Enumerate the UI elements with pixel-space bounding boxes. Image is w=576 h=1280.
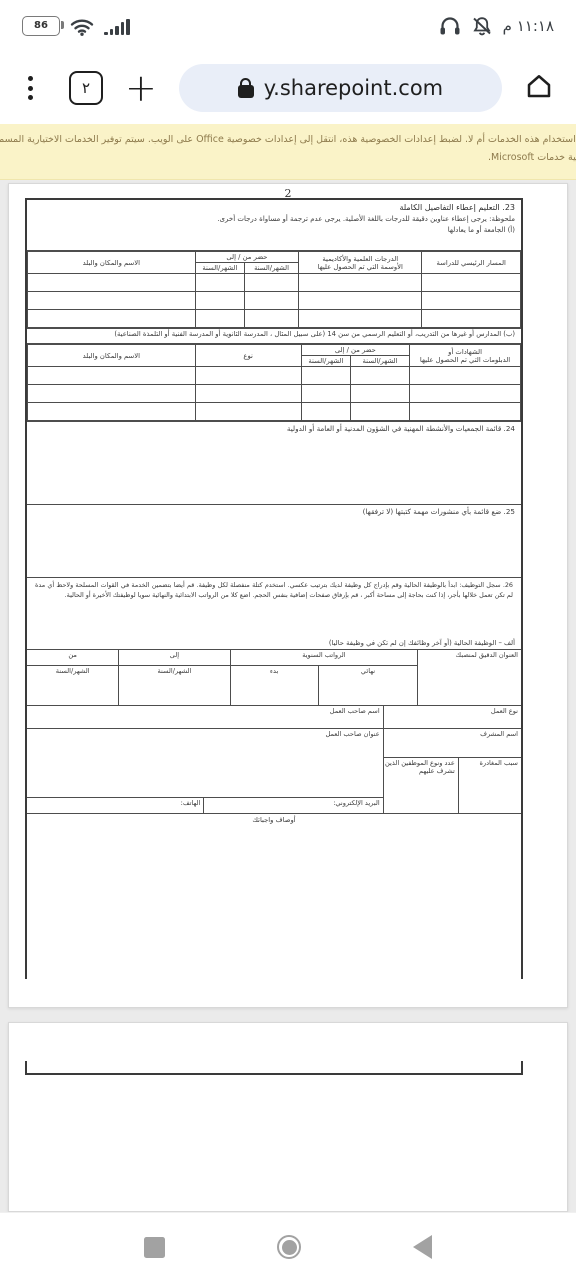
- education-university-table: المسار الرئيسي للدراسة الدرجات العلمية و…: [27, 250, 521, 328]
- tab-count: ٢: [82, 81, 90, 96]
- section-24-memberships[interactable]: 24. قائمة الجمعيات والأنشطة المهنية في ا…: [27, 421, 521, 504]
- education-schools-table: الشهادات أو الدبلومات التي تم الحصول علي…: [27, 343, 521, 421]
- new-tab-button[interactable]: +: [121, 73, 161, 103]
- t2-month-year-to: الشهر/السنة: [301, 356, 350, 367]
- emp-salary-final[interactable]: نهائي: [318, 666, 418, 705]
- recents-button[interactable]: [144, 1237, 165, 1258]
- section-23a-label: (أ) الجامعة أو ما يعادلها: [33, 226, 515, 234]
- t2-month-year-from: الشهر/السنة: [350, 356, 409, 367]
- wifi-icon: [70, 17, 94, 36]
- emp-duties-description[interactable]: أوصاف واجباتك: [27, 813, 521, 978]
- browser-toolbar: ٢ + y.sharepoint.com: [0, 52, 576, 124]
- section-23-education: 23. التعليم إعطاء التفاصيل الكاملة ملحوظ…: [27, 200, 521, 250]
- document-viewport[interactable]: 2 23. التعليم إعطاء التفاصيل الكاملة ملح…: [0, 180, 576, 1212]
- section-23-note: ملحوظة: يرجى إعطاء عناوين دقيقة للدرجات …: [33, 215, 515, 223]
- t1-col-degrees: الدرجات العلمية والأكاديمية الأوسمة التي…: [299, 252, 422, 274]
- url-text: y.sharepoint.com: [264, 76, 443, 100]
- form-outer-box: 23. التعليم إعطاء التفاصيل الكاملة ملحوظ…: [25, 198, 523, 979]
- t1-month-year-from: الشهر/السنة: [244, 263, 298, 274]
- emp-email[interactable]: البريد الإلكتروني:: [203, 798, 382, 813]
- home-nav-button[interactable]: [277, 1235, 301, 1259]
- mute-vibrate-icon: [471, 16, 493, 36]
- emp-salary-starting[interactable]: بدء: [230, 666, 318, 705]
- emp-employer-name[interactable]: اسم صاحب العمل: [27, 706, 383, 728]
- emp-from-header: من: [27, 650, 118, 665]
- emp-post-title[interactable]: العنوان الدقيق لمنصبك: [417, 650, 521, 705]
- emp-from-monthyear[interactable]: الشهر/السنة: [27, 666, 118, 705]
- emp-supervisor-name[interactable]: اسم المشرف: [384, 729, 521, 757]
- lock-icon: [238, 85, 254, 98]
- tab-switcher-button[interactable]: ٢: [69, 71, 103, 105]
- emp-salaries-header: الرواتب السنوية: [230, 650, 418, 665]
- section-26-paragraph: 26. سجل التوظيف: ابدأ بالوظيفة الحالية و…: [33, 580, 515, 602]
- t1-col-attended: حضر من / إلى: [195, 252, 299, 263]
- emp-to-header: إلى: [118, 650, 229, 665]
- clock-text: ١١:١٨ م: [503, 17, 554, 35]
- battery-percent: 86: [34, 21, 48, 31]
- t1-month-year-to: الشهر/السنة: [195, 263, 244, 274]
- address-bar[interactable]: y.sharepoint.com: [179, 64, 502, 112]
- section-26a-label: ألف – الوظيفة الحالية (أو آخر وظائفك إن …: [329, 639, 515, 647]
- section-23b-label: (ب) المدارس أو غيرها من التدريب، أو التع…: [27, 328, 521, 343]
- t2-col-name: الاسم والمكان والبلد: [28, 345, 196, 367]
- t1-empty-row[interactable]: [28, 292, 521, 310]
- employment-table: من إلى الرواتب السنوية الشهر/السنة الشهر…: [27, 649, 521, 978]
- t1-col-course: المسار الرئيسي للدراسة: [422, 252, 521, 274]
- headset-icon: [439, 16, 461, 36]
- back-button[interactable]: [413, 1235, 432, 1259]
- banner-line2: فاقية خدمات Microsoft.: [0, 149, 576, 167]
- emp-business-type[interactable]: نوع العمل: [383, 706, 521, 728]
- home-button[interactable]: [520, 67, 558, 109]
- t1-empty-row[interactable]: [28, 310, 521, 328]
- emp-to-monthyear[interactable]: الشهر/السنة: [118, 666, 229, 705]
- t2-empty-row[interactable]: [28, 403, 521, 421]
- menu-kebab-icon[interactable]: [18, 70, 43, 106]
- t2-col-type: نوع: [195, 345, 301, 367]
- t2-empty-row[interactable]: [28, 385, 521, 403]
- t2-col-certificates: الشهادات أو الدبلومات التي تم الحصول علي…: [410, 345, 521, 367]
- status-right-group: ١١:١٨ م: [439, 16, 554, 36]
- status-left-group: 86: [22, 16, 130, 36]
- status-bar: 86 ١١:١٨ م: [0, 0, 576, 52]
- t2-empty-row[interactable]: [28, 367, 521, 385]
- battery-icon: 86: [22, 16, 60, 36]
- section-23-title: 23. التعليم إعطاء التفاصيل الكاملة: [33, 203, 515, 212]
- t1-col-name: الاسم والمكان والبلد: [28, 252, 196, 274]
- android-navigation-bar: [0, 1212, 576, 1280]
- t2-col-attended: حضر من / إلى: [301, 345, 409, 356]
- emp-phone[interactable]: الهاتف:: [27, 798, 203, 813]
- t1-empty-row[interactable]: [28, 274, 521, 292]
- section-25-publications[interactable]: 25. ضع قائمة بأي منشورات مهمة كتبتها (لا…: [27, 504, 521, 577]
- document-page-3: [8, 1022, 568, 1212]
- emp-supervised-count[interactable]: عدد ونوع الموظفين الذين تشرف عليهم: [384, 758, 458, 813]
- privacy-notice-banner: كنت تريد استخدام هذه الخدمات أم لا. لضبط…: [0, 124, 576, 180]
- document-page-2: 2 23. التعليم إعطاء التفاصيل الكاملة ملح…: [8, 183, 568, 1008]
- emp-leaving-reason[interactable]: سبب المغادرة: [458, 758, 521, 813]
- next-page-table-frame: [25, 1061, 523, 1075]
- signal-icon: [104, 18, 130, 35]
- emp-employer-address[interactable]: عنوان صاحب العمل: [27, 729, 383, 797]
- section-26-employment-record: 26. سجل التوظيف: ابدأ بالوظيفة الحالية و…: [27, 577, 521, 649]
- banner-line1: كنت تريد استخدام هذه الخدمات أم لا. لضبط…: [0, 131, 576, 149]
